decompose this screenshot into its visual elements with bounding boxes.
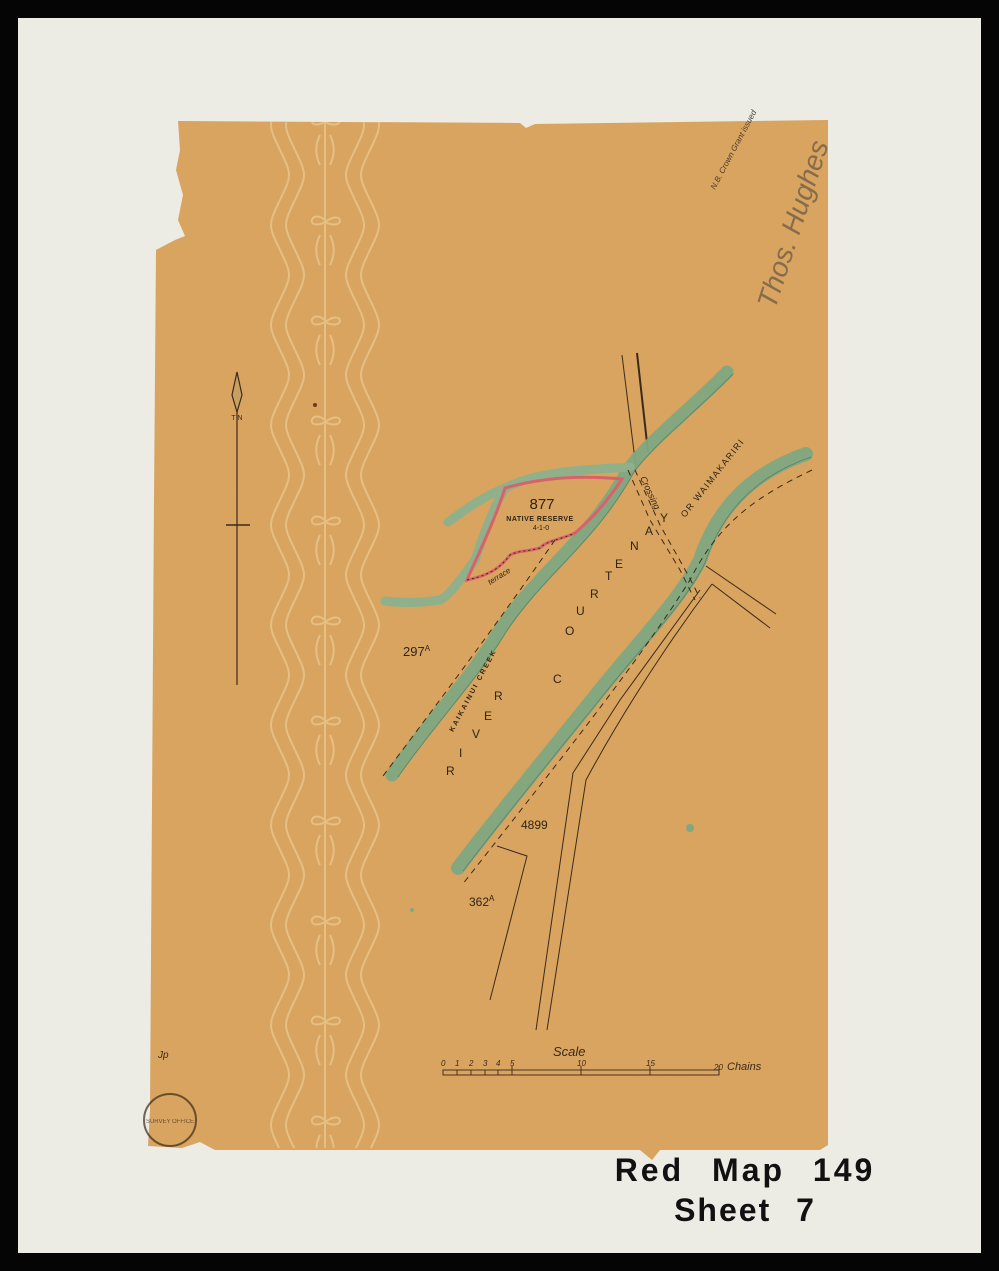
map-sheet: T N 877 NATIVE RESERVE 4-1-0 ter	[0, 0, 999, 1271]
svg-text:3: 3	[483, 1059, 488, 1068]
svg-text:20: 20	[713, 1063, 723, 1072]
svg-text:R: R	[590, 587, 599, 601]
margin-note: Jp	[157, 1050, 169, 1061]
svg-text:Y: Y	[660, 511, 668, 525]
reserve-name: NATIVE RESERVE	[506, 516, 573, 523]
svg-text:1: 1	[455, 1059, 459, 1068]
watermark-band	[255, 122, 385, 1148]
svg-text:SURVEY OFFICE: SURVEY OFFICE	[146, 1119, 194, 1125]
svg-text:A: A	[645, 524, 653, 538]
svg-text:R: R	[494, 689, 503, 703]
svg-text:E: E	[484, 709, 492, 723]
svg-text:5: 5	[510, 1059, 515, 1068]
catalogue-label-map: Red Map 149	[610, 1150, 880, 1190]
svg-text:N: N	[630, 539, 639, 553]
svg-text:V: V	[472, 727, 480, 741]
reserve-area: 4-1-0	[533, 525, 549, 532]
svg-text:T: T	[605, 569, 613, 583]
lot-4899-label: 4899	[521, 818, 548, 832]
svg-text:I: I	[459, 746, 462, 760]
north-arrow-label: T N	[231, 415, 242, 422]
svg-text:4: 4	[496, 1059, 501, 1068]
svg-text:R: R	[446, 764, 455, 778]
catalogue-label: Red Map 149 Sheet 7	[610, 1150, 880, 1230]
svg-text:Scale: Scale	[553, 1044, 586, 1059]
svg-text:2: 2	[468, 1059, 474, 1068]
svg-text:E: E	[615, 557, 623, 571]
svg-text:0: 0	[441, 1059, 446, 1068]
svg-text:C: C	[553, 672, 562, 686]
svg-text:15: 15	[646, 1059, 655, 1068]
catalogue-label-sheet: Sheet 7	[610, 1190, 880, 1230]
svg-text:O: O	[565, 624, 574, 638]
reserve-number: 877	[529, 496, 554, 513]
svg-text:U: U	[576, 604, 585, 618]
svg-text:10: 10	[577, 1059, 586, 1068]
svg-text:Chains: Chains	[727, 1061, 762, 1073]
